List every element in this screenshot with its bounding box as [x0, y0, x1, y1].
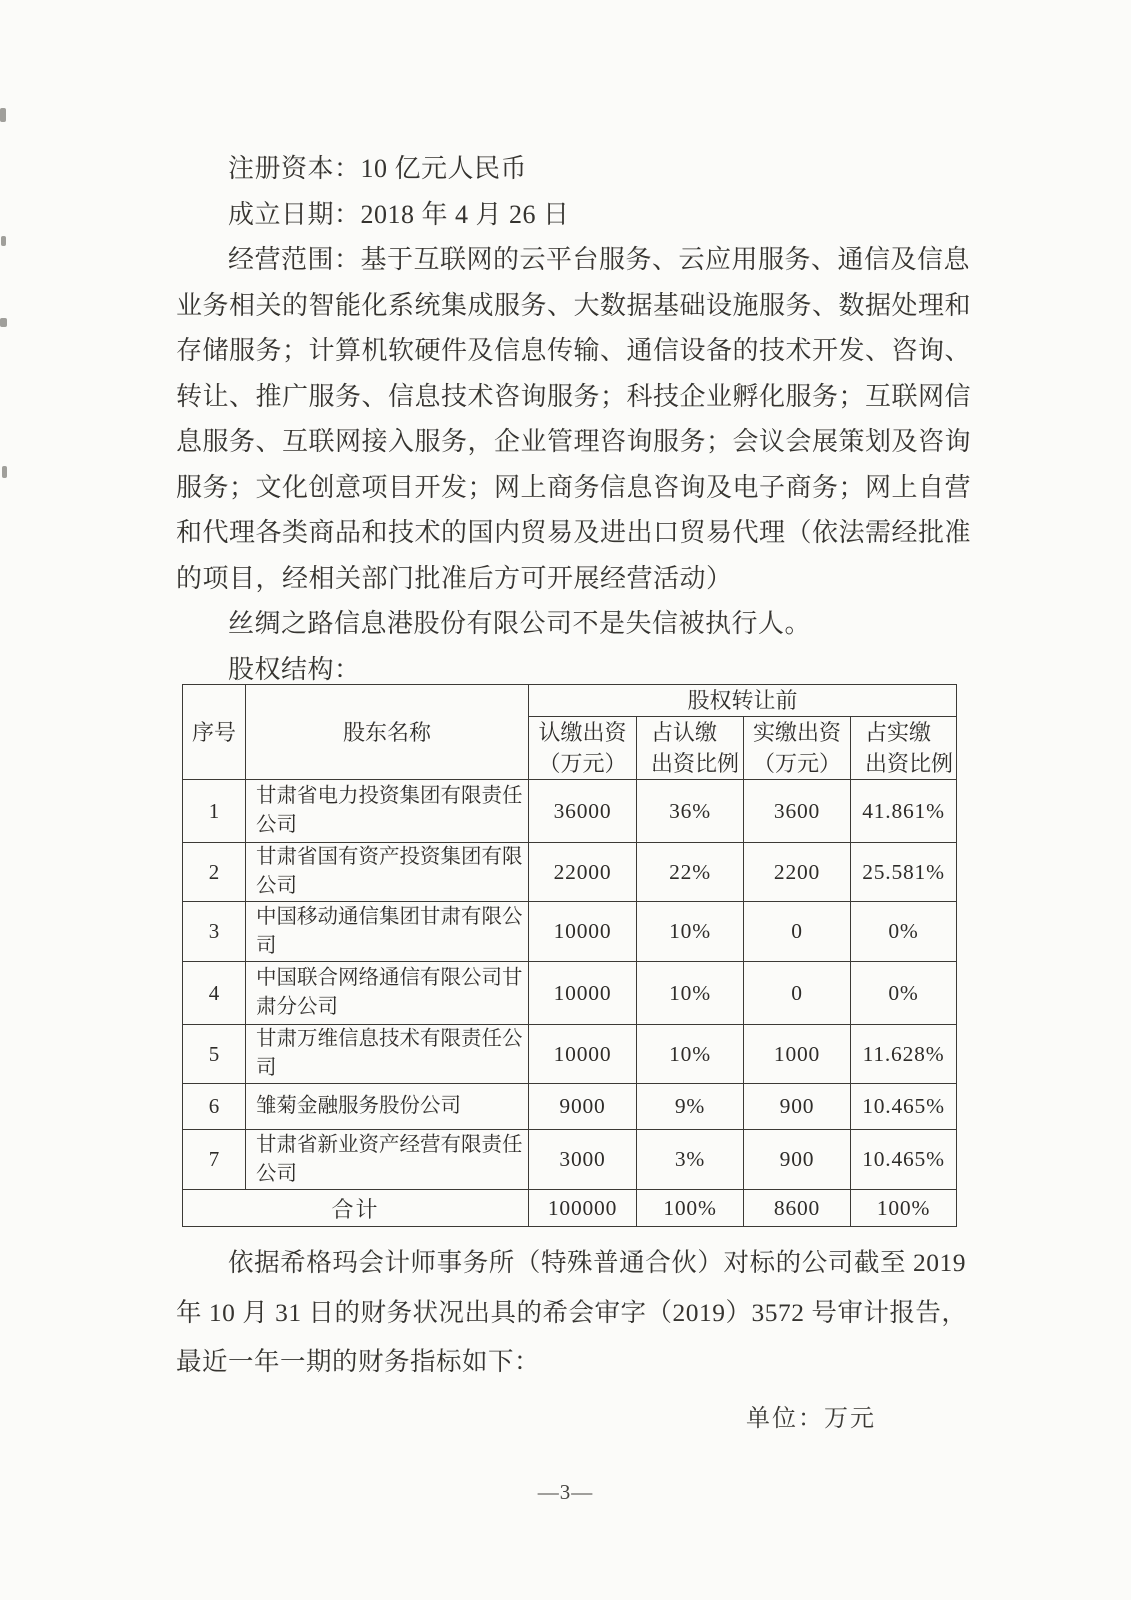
scan-artifact — [0, 108, 6, 122]
paid-pct-cell: 10.465% — [851, 1130, 957, 1190]
business-scope-line: 经营范围：基于互联网的云平台服务、云应用服务、通信及信息 — [176, 237, 962, 283]
table-total-row: 合计 100000 100% 8600 100% — [183, 1190, 957, 1227]
seq-cell: 2 — [183, 843, 246, 902]
shareholder-cell: 甘肃省电力投资集团有限责任公司 — [246, 780, 529, 843]
subscribed-cell: 10000 — [529, 902, 637, 962]
body-text: 注册资本：10 亿元人民币 成立日期：2018 年 4 月 26 日 经营范围：… — [176, 146, 962, 692]
subscribed-cell: 10000 — [529, 962, 637, 1025]
table-row: 2 甘肃省国有资产投资集团有限公司 22000 22% 2200 25.581% — [183, 843, 957, 902]
subscribed-pct-cell: 36% — [637, 780, 744, 843]
subscribed-pct-cell: 10% — [637, 902, 744, 962]
paid-pct-cell: 10.465% — [851, 1084, 957, 1130]
total-subscribed-pct-cell: 100% — [637, 1190, 744, 1227]
shareholder-cell: 中国移动通信集团甘肃有限公司 — [246, 902, 529, 962]
body-line: 服务；文化创意项目开发；网上商务信息咨询及电子商务；网上自营 — [176, 465, 962, 511]
establishment-date-line: 成立日期：2018 年 4 月 26 日 — [176, 192, 962, 238]
subscribed-cell: 10000 — [529, 1025, 637, 1084]
subscribed-pct-cell: 10% — [637, 962, 744, 1025]
page-number: —3— — [0, 1480, 1131, 1505]
header-shareholder: 股东名称 — [246, 685, 529, 780]
footer-line: 年 10 月 31 日的财务状况出具的希会审字（2019）3572 号审计报告， — [176, 1288, 966, 1338]
paid-pct-cell: 41.861% — [851, 780, 957, 843]
shareholder-cell: 甘肃万维信息技术有限责任公司 — [246, 1025, 529, 1084]
header-group-before-transfer: 股权转让前 — [529, 685, 957, 717]
subscribed-cell: 22000 — [529, 843, 637, 902]
paid-cell: 1000 — [744, 1025, 851, 1084]
header-paid-ratio: 占实缴 出资比例 — [851, 717, 957, 780]
body-line: 的项目，经相关部门批准后方可开展经营活动） — [176, 556, 962, 602]
paid-cell: 900 — [744, 1084, 851, 1130]
subscribed-pct-cell: 22% — [637, 843, 744, 902]
body-line: 存储服务；计算机软硬件及信息传输、通信设备的技术开发、咨询、 — [176, 328, 962, 374]
shareholder-cell: 雏菊金融服务股份公司 — [246, 1084, 529, 1130]
scan-artifact — [2, 466, 7, 478]
paid-cell: 0 — [744, 962, 851, 1025]
paid-pct-cell: 25.581% — [851, 843, 957, 902]
header-seq: 序号 — [183, 685, 246, 780]
subscribed-cell: 36000 — [529, 780, 637, 843]
unit-note: 单位：万元 — [746, 1398, 876, 1433]
footer-line: 最近一年一期的财务指标如下： — [176, 1337, 966, 1387]
registered-capital-line: 注册资本：10 亿元人民币 — [176, 146, 962, 192]
scan-artifact — [0, 318, 7, 327]
table-row: 4 中国联合网络通信有限公司甘肃分公司 10000 10% 0 0% — [183, 962, 957, 1025]
seq-cell: 3 — [183, 902, 246, 962]
table-row: 1 甘肃省电力投资集团有限责任公司 36000 36% 3600 41.861% — [183, 780, 957, 843]
subscribed-pct-cell: 3% — [637, 1130, 744, 1190]
shareholder-cell: 中国联合网络通信有限公司甘肃分公司 — [246, 962, 529, 1025]
subscribed-cell: 3000 — [529, 1130, 637, 1190]
total-label-cell: 合计 — [183, 1190, 529, 1227]
table-row: 3 中国移动通信集团甘肃有限公司 10000 10% 0 0% — [183, 902, 957, 962]
paid-cell: 3600 — [744, 780, 851, 843]
body-line: 息服务、互联网接入服务，企业管理咨询服务；会议会展策划及咨询 — [176, 419, 962, 465]
subscribed-pct-cell: 10% — [637, 1025, 744, 1084]
seq-cell: 1 — [183, 780, 246, 843]
seq-cell: 5 — [183, 1025, 246, 1084]
scan-artifact — [1, 236, 6, 246]
paid-pct-cell: 0% — [851, 902, 957, 962]
table-row: 5 甘肃万维信息技术有限责任公司 10000 10% 1000 11.628% — [183, 1025, 957, 1084]
document-page: 注册资本：10 亿元人民币 成立日期：2018 年 4 月 26 日 经营范围：… — [0, 0, 1131, 1600]
body-line: 业务相关的智能化系统集成服务、大数据基础设施服务、数据处理和 — [176, 283, 962, 329]
header-paid-capital: 实缴出资 （万元） — [744, 717, 851, 780]
total-paid-pct-cell: 100% — [851, 1190, 957, 1227]
table-row: 6 雏菊金融服务股份公司 9000 9% 900 10.465% — [183, 1084, 957, 1130]
footer-line: 依据希格玛会计师事务所（特殊普通合伙）对标的公司截至 2019 — [176, 1238, 966, 1288]
paid-pct-cell: 0% — [851, 962, 957, 1025]
paid-cell: 0 — [744, 902, 851, 962]
seq-cell: 6 — [183, 1084, 246, 1130]
body-line: 转让、推广服务、信息技术咨询服务；科技企业孵化服务；互联网信 — [176, 374, 962, 420]
header-subscribed-ratio: 占认缴 出资比例 — [637, 717, 744, 780]
equity-structure-table: 序号 股东名称 股权转让前 认缴出资 （万元） 占认缴 出资比例 实缴出资 （万… — [182, 684, 957, 1227]
shareholder-cell: 甘肃省国有资产投资集团有限公司 — [246, 843, 529, 902]
body-line: 和代理各类商品和技术的国内贸易及进出口贸易代理（依法需经批准 — [176, 510, 962, 556]
paid-pct-cell: 11.628% — [851, 1025, 957, 1084]
dishonest-statement-line: 丝绸之路信息港股份有限公司不是失信被执行人。 — [176, 601, 962, 647]
audit-report-paragraph: 依据希格玛会计师事务所（特殊普通合伙）对标的公司截至 2019 年 10 月 3… — [176, 1238, 966, 1387]
subscribed-cell: 9000 — [529, 1084, 637, 1130]
subscribed-pct-cell: 9% — [637, 1084, 744, 1130]
shareholder-cell: 甘肃省新业资产经营有限责任公司 — [246, 1130, 529, 1190]
paid-cell: 2200 — [744, 843, 851, 902]
total-paid-cell: 8600 — [744, 1190, 851, 1227]
total-subscribed-cell: 100000 — [529, 1190, 637, 1227]
paid-cell: 900 — [744, 1130, 851, 1190]
table-row: 7 甘肃省新业资产经营有限责任公司 3000 3% 900 10.465% — [183, 1130, 957, 1190]
seq-cell: 7 — [183, 1130, 246, 1190]
seq-cell: 4 — [183, 962, 246, 1025]
header-subscribed-capital: 认缴出资 （万元） — [529, 717, 637, 780]
